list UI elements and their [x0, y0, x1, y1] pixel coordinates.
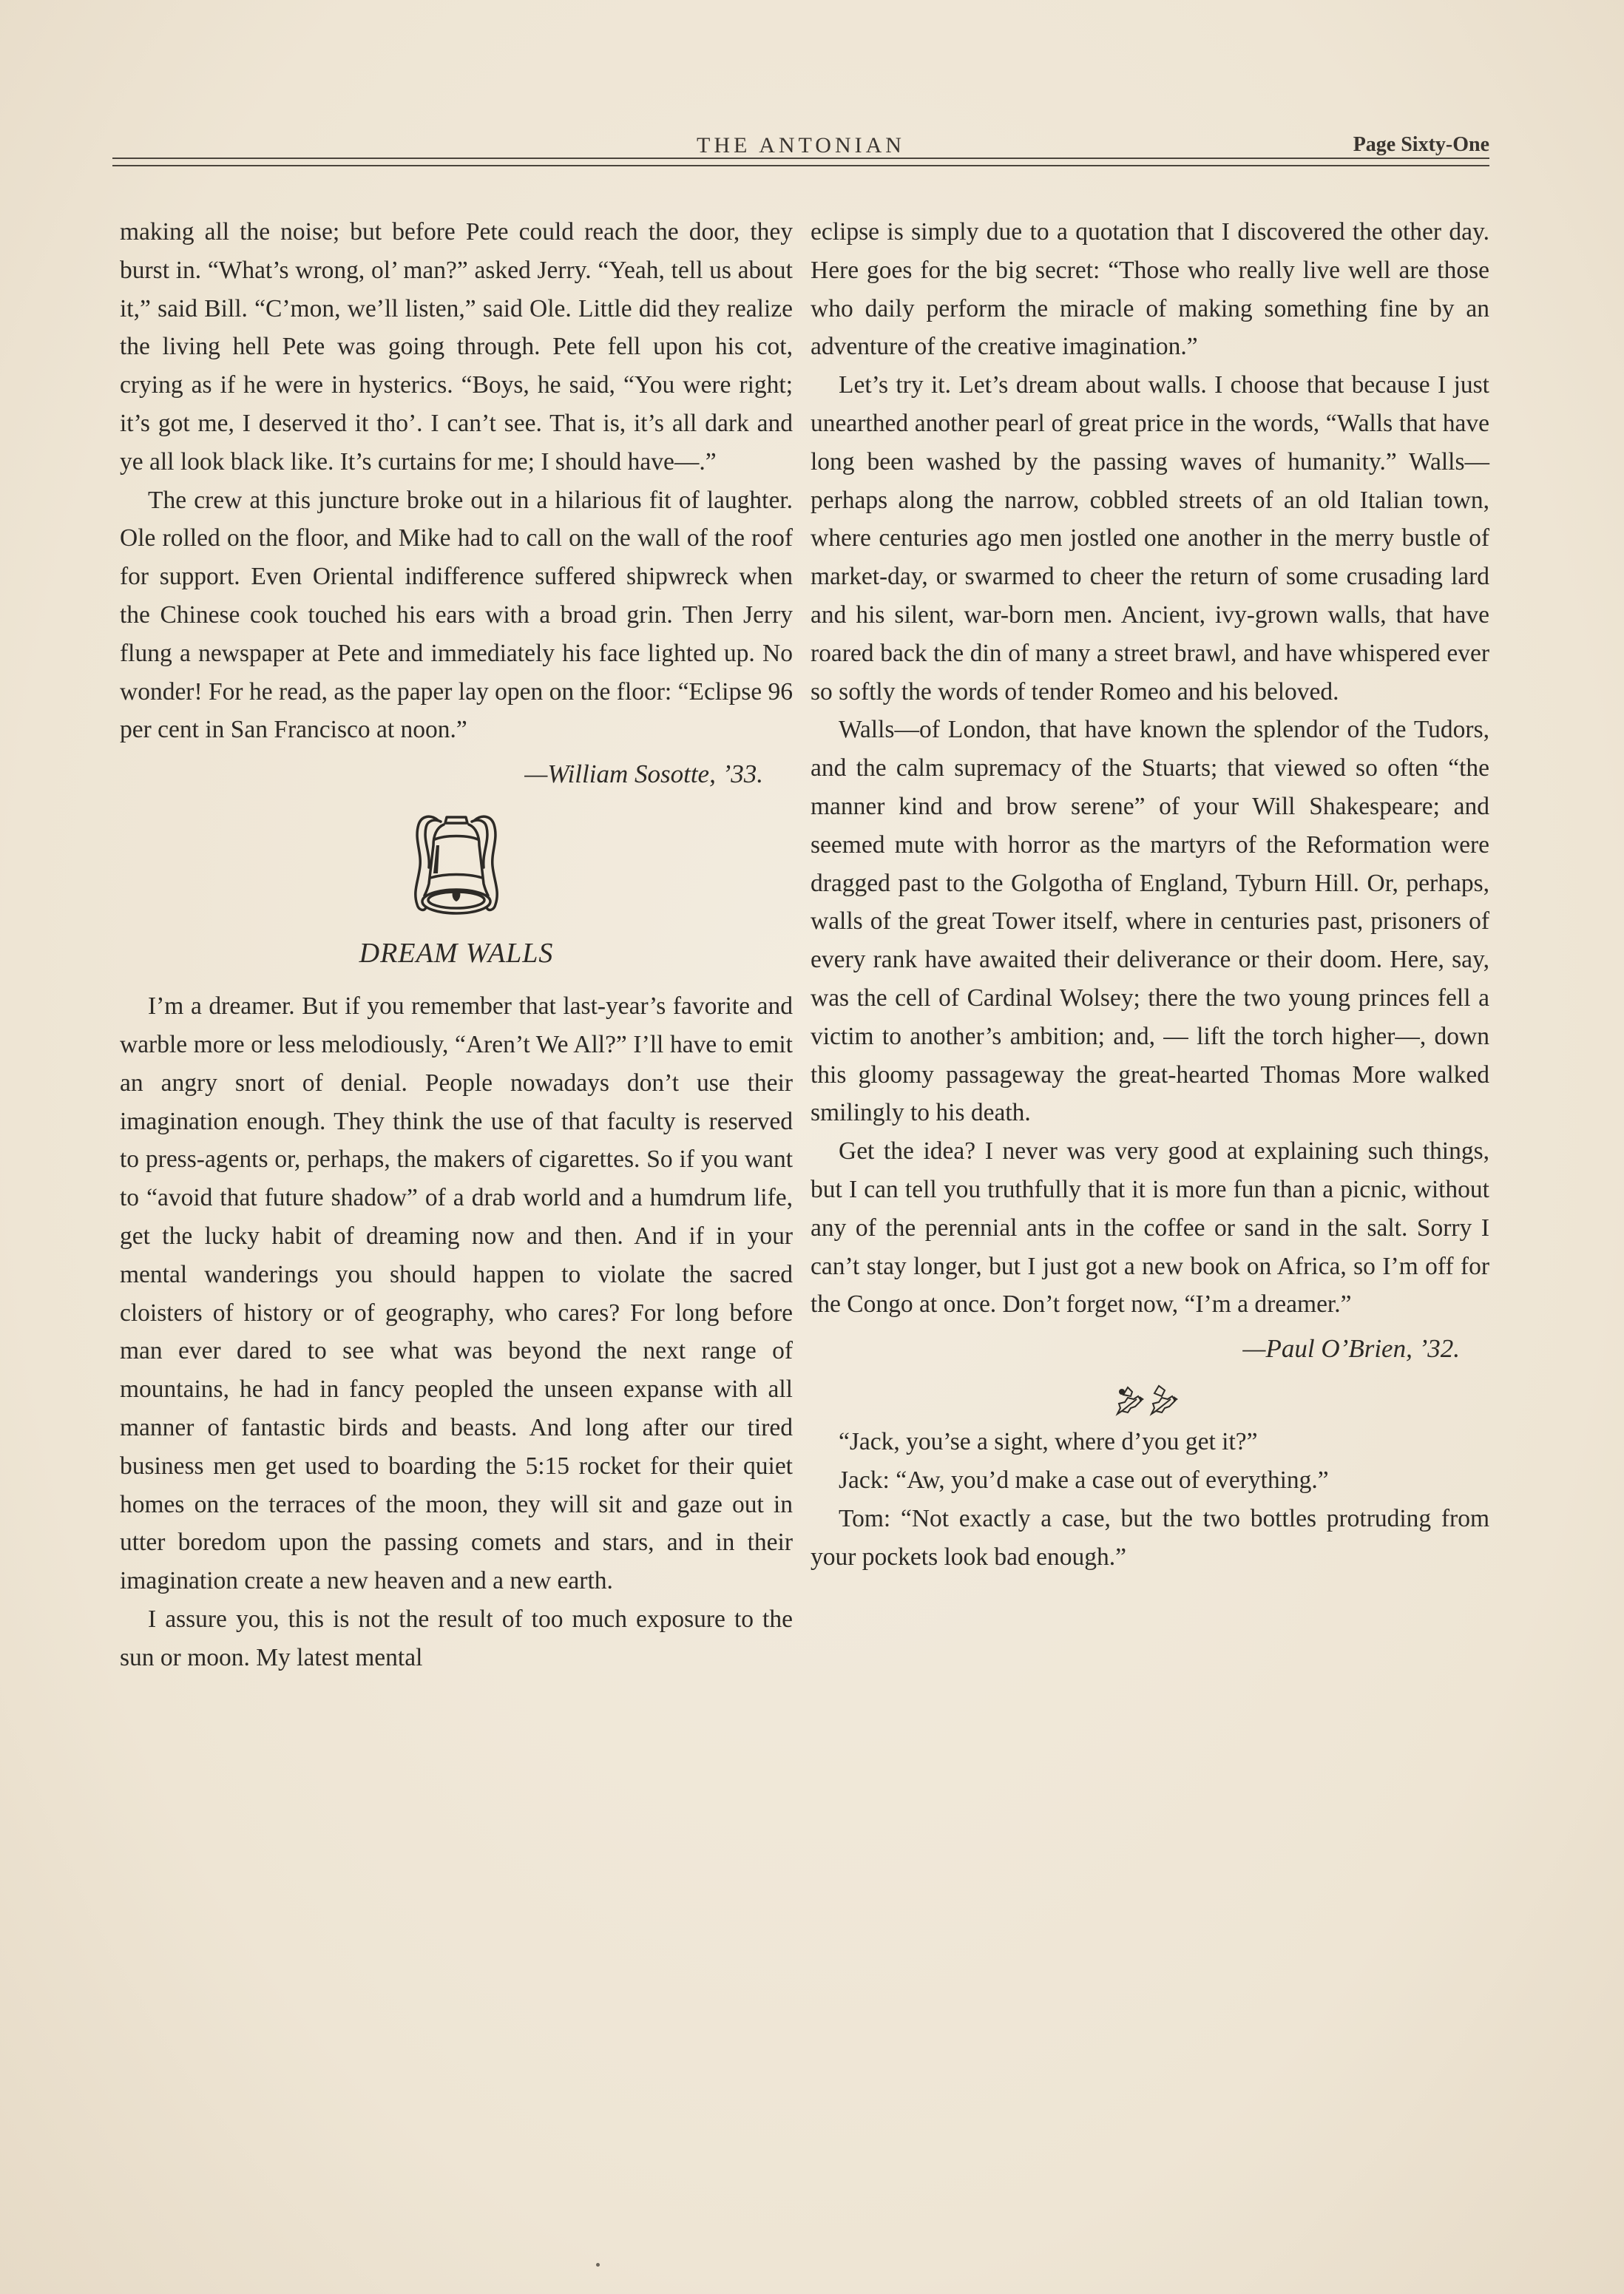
article-paragraph: Let’s try it. Let’s dream about walls. I…: [811, 366, 1489, 711]
bell-icon: [408, 810, 504, 921]
publication-title: THE ANTONIAN: [112, 133, 1489, 158]
left-column: making all the noise; but before Pete co…: [120, 213, 793, 1677]
joke-line: “Jack, you’se a sight, where d’you get i…: [811, 1423, 1489, 1461]
story-signature: —William Sosotte, ’33.: [120, 755, 763, 794]
page-number: Page Sixty-One: [1353, 133, 1489, 157]
holly-leaves-icon: [1113, 1381, 1187, 1418]
joke-line: Tom: “Not exactly a case, but the two bo…: [811, 1500, 1489, 1577]
article-paragraph: I assure you, this is not the result of …: [120, 1600, 793, 1677]
holly-ornament: [811, 1381, 1489, 1423]
article-paragraph: Get the idea? I never was very good at e…: [811, 1132, 1489, 1324]
paper-speck: [596, 2263, 600, 2267]
header-rule: [112, 158, 1489, 166]
bell-ornament: [120, 810, 793, 921]
article-paragraph: I’m a dreamer. But if you remember that …: [120, 987, 793, 1600]
article-paragraph: eclipse is simply due to a quotation tha…: [811, 213, 1489, 366]
story-paragraph: making all the noise; but before Pete co…: [120, 213, 793, 481]
article-title: DREAM WALLS: [120, 934, 793, 972]
article-paragraph: Walls—of London, that have known the spl…: [811, 711, 1489, 1132]
magazine-page: THE ANTONIAN Page Sixty-One making all t…: [0, 0, 1624, 2294]
right-column: eclipse is simply due to a quotation tha…: [811, 213, 1489, 1576]
story-paragraph: The crew at this juncture broke out in a…: [120, 481, 793, 750]
joke-line: Jack: “Aw, you’d make a case out of ever…: [811, 1461, 1489, 1500]
article-signature: —Paul O’Brien, ’32.: [811, 1330, 1460, 1368]
